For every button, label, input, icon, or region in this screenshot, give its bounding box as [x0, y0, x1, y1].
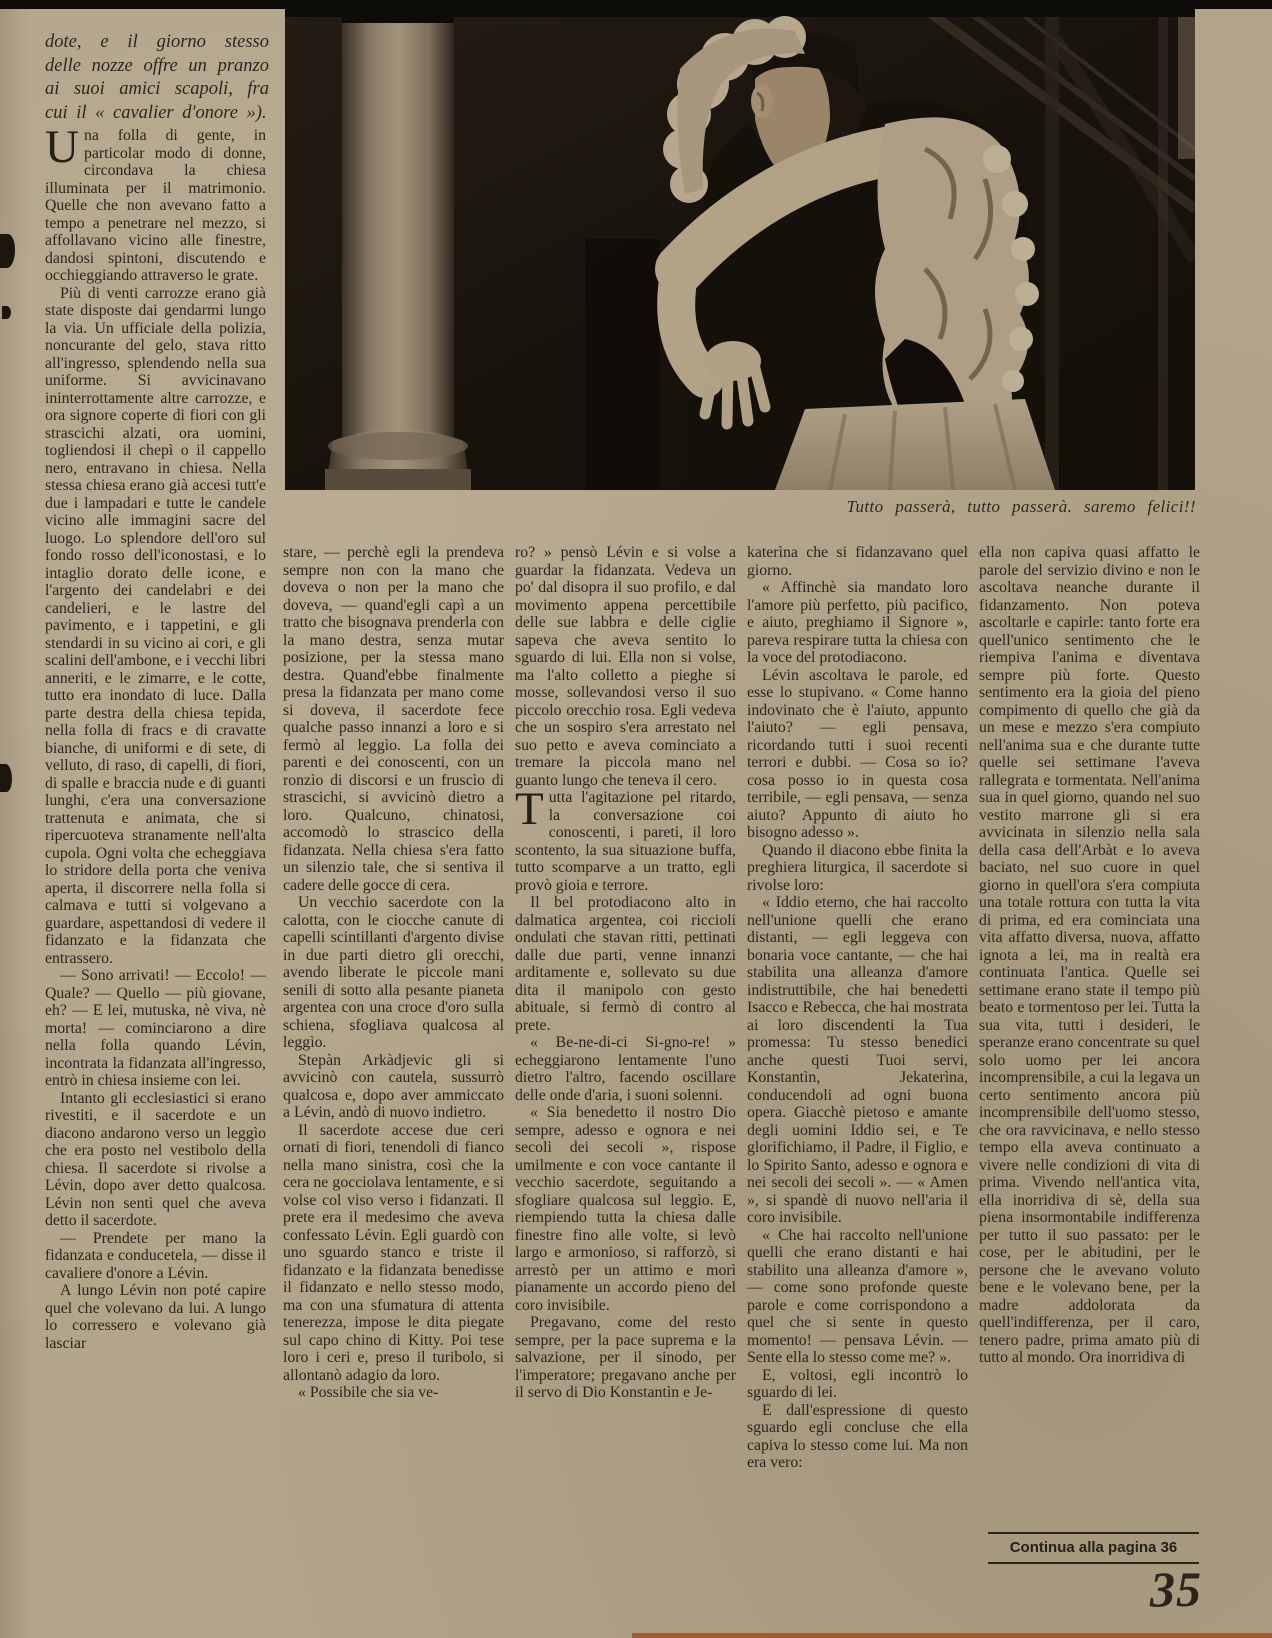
- paragraph: Quando il diacono ebbe finita la preghie…: [747, 842, 968, 895]
- paragraph: ro? » pensò Lévin e si volse a guardar l…: [515, 544, 736, 789]
- paragraph: Più di venti carrozze erano già state di…: [45, 285, 266, 968]
- text-column-1: Una folla di gente, in particolar modo d…: [45, 127, 266, 1585]
- paragraph: katerìna che si fidanzavano quel giorno.: [747, 544, 968, 579]
- paragraph: Pregavano, come del resto sempre, per la…: [515, 1314, 736, 1402]
- intro-italic-note: dote, e il giorno stesso delle nozze off…: [45, 31, 269, 125]
- paragraph: Il bel protodiacono alto in dalmatica ar…: [515, 894, 736, 1034]
- paper-tear-mark: [0, 234, 15, 268]
- text-column-3: ro? » pensò Lévin e si volse a guardar l…: [515, 544, 736, 1590]
- paragraph: A lungo Lévin non poté capire quel che v…: [45, 1282, 266, 1352]
- paragraph: Il sacerdote accese due ceri ornati di f…: [283, 1122, 504, 1385]
- paragraph: « Possibile che sia ve-: [283, 1384, 504, 1402]
- paragraph: — Prendete per mano la fidanzata e condu…: [45, 1230, 266, 1283]
- page-bottom-edge: [632, 1633, 1272, 1638]
- paragraph: « Sia benedetto il nostro Dio sempre, ad…: [515, 1104, 736, 1314]
- paragraph: « Affinchè sia mandato loro l'amore più …: [747, 579, 968, 667]
- wedding-photo: [285, 9, 1195, 490]
- magazine-page: Tutto passerà, tutto passerà. saremo fel…: [0, 0, 1272, 1638]
- paragraph: Intanto gli ecclesiastici si erano rives…: [45, 1090, 266, 1230]
- paragraph: E dall'espressione di questo sguardo egl…: [747, 1402, 968, 1472]
- paragraph: Una folla di gente, in particolar modo d…: [45, 127, 266, 285]
- text-column-5: ella non capiva quasi affatto le parole …: [979, 544, 1200, 1530]
- paragraph: stare, — perchè egli la prendeva sempre …: [283, 544, 504, 894]
- paragraph: E, voltosi, egli incontrò lo sguardo di …: [747, 1367, 968, 1402]
- drop-cap: U: [45, 127, 84, 164]
- paragraph: Lévin ascoltava le parole, ed esse lo st…: [747, 667, 968, 842]
- paragraph: Tutta l'agitazione pel ritardo, la conve…: [515, 789, 736, 894]
- page-number: 35: [1150, 1560, 1202, 1618]
- photo-caption: Tutto passerà, tutto passerà. saremo fel…: [690, 496, 1196, 518]
- paper-tear-mark: [2, 306, 11, 319]
- paragraph: « Che hai raccolto nell'unione quelli ch…: [747, 1227, 968, 1367]
- paragraph: — Sono arrivati! — Eccolo! — Quale? — Qu…: [45, 967, 266, 1090]
- text-column-4: katerìna che si fidanzavano quel giorno.…: [747, 544, 968, 1590]
- page-top-edge: [0, 0, 1272, 9]
- text-column-2: stare, — perchè egli la prendeva sempre …: [283, 544, 504, 1590]
- paragraph: Stepàn Arkàdjevic gli si avvicinò con ca…: [283, 1052, 504, 1122]
- wedding-photo-art: [285, 9, 1195, 490]
- paragraph: Un vecchio sacerdote con la calotta, con…: [283, 894, 504, 1052]
- paragraph: « Iddio eterno, che hai raccolto nell'un…: [747, 894, 968, 1227]
- drop-cap: T: [515, 789, 549, 826]
- paragraph: « Be-ne-di-ci Si-gno-re! » echeggiarono …: [515, 1034, 736, 1104]
- paper-tear-mark: [0, 764, 12, 792]
- paragraph: ella non capiva quasi affatto le parole …: [979, 544, 1200, 1367]
